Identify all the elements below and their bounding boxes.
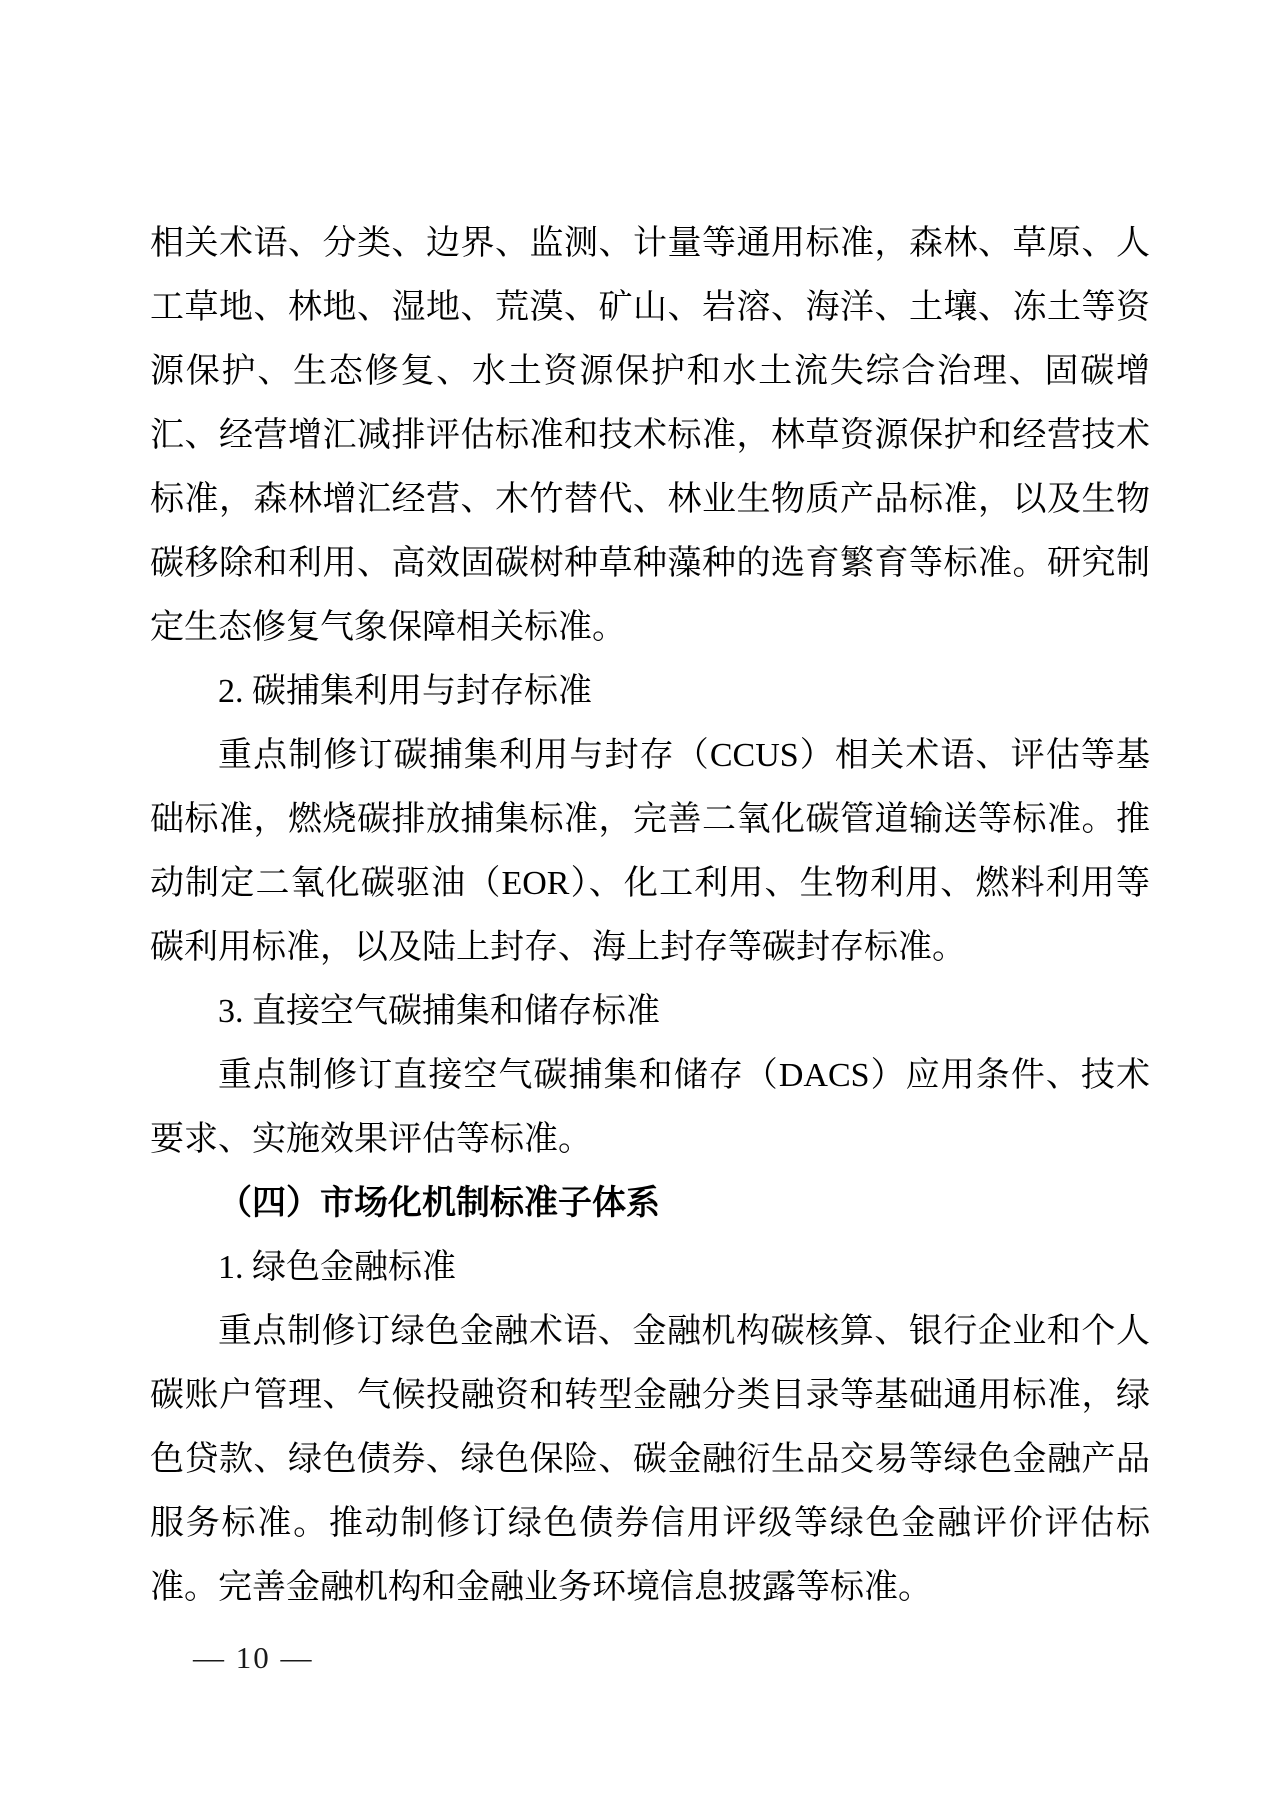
heading-dacs-standards: 3. 直接空气碳捕集和储存标准 [150, 980, 1150, 1044]
page-number: — 10 — [193, 1638, 314, 1678]
document-page: 相关术语、分类、边界、监测、计量等通用标准，森林、草原、人工草地、林地、湿地、荒… [0, 0, 1280, 1810]
paragraph-green-finance-standards: 重点制修订绿色金融术语、金融机构碳核算、银行企业和个人碳账户管理、气候投融资和转… [150, 1300, 1150, 1620]
paragraph-dacs-standards: 重点制修订直接空气碳捕集和储存（DACS）应用条件、技术要求、实施效果评估等标准… [150, 1044, 1150, 1172]
heading-market-mechanism-subsystem: （四）市场化机制标准子体系 [150, 1172, 1150, 1236]
heading-ccus-standards: 2. 碳捕集利用与封存标准 [150, 660, 1150, 724]
paragraph-continuation-ecosystem-standards: 相关术语、分类、边界、监测、计量等通用标准，森林、草原、人工草地、林地、湿地、荒… [150, 212, 1150, 660]
paragraph-ccus-standards: 重点制修订碳捕集利用与封存（CCUS）相关术语、评估等基础标准，燃烧碳排放捕集标… [150, 724, 1150, 980]
document-body: 相关术语、分类、边界、监测、计量等通用标准，森林、草原、人工草地、林地、湿地、荒… [150, 212, 1150, 1620]
heading-green-finance-standards: 1. 绿色金融标准 [150, 1236, 1150, 1300]
